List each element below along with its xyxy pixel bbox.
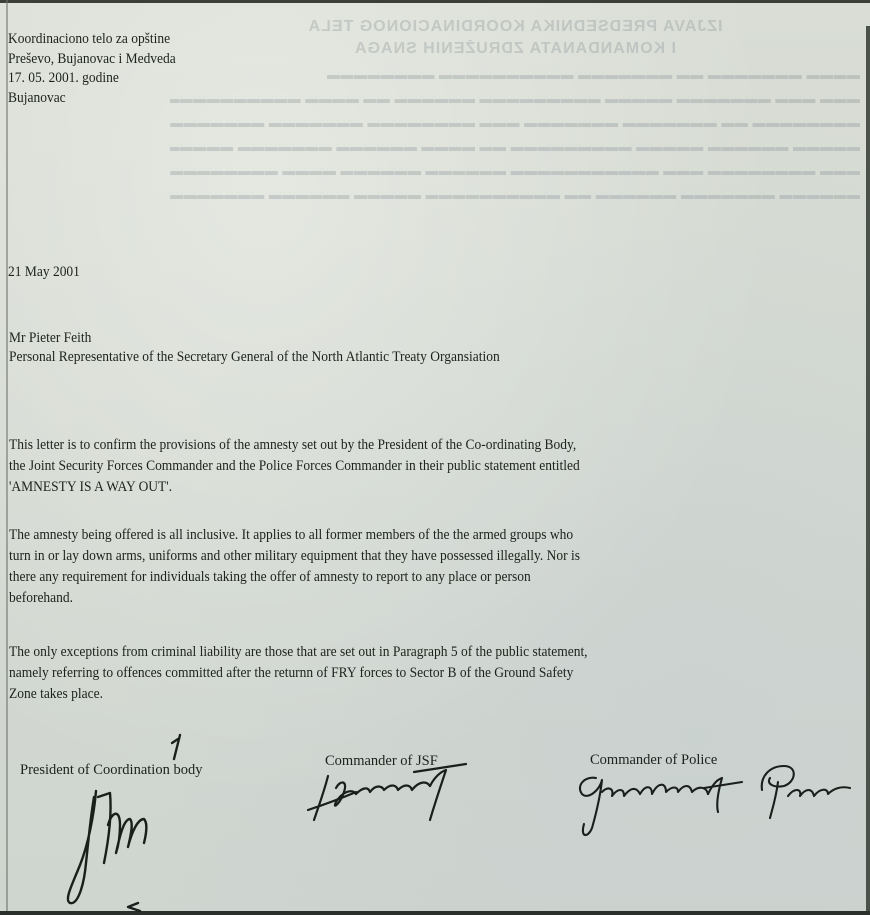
show-through-line: ▬▬▬▬▬▬ ▬▬▬▬▬▬▬ ▬▬▬▬▬▬ ▬▬ ▬▬▬▬▬▬▬▬▬▬ ▬▬▬▬… — [170, 187, 860, 202]
sender-block: Koordinaciono telo za opštine Preševo, B… — [8, 30, 176, 108]
paragraph-line: The only exceptions from criminal liabil… — [9, 642, 588, 663]
handwritten-signature-police — [566, 752, 866, 842]
sender-municipalities: Preševo, Bujanovac i Medveda — [8, 50, 176, 70]
paragraph-line: The amnesty being offered is all inclusi… — [9, 525, 580, 546]
show-through-line: ▬▬▬ ▬▬▬▬▬▬▬▬ ▬▬▬ ▬▬▬▬▬▬▬▬▬▬▬ ▬▬▬▬▬▬ ▬▬▬▬… — [170, 163, 860, 178]
scanned-letter-page: IZJAVA PREDSEDNIKA KOORDINACIONOG TELA I… — [0, 0, 870, 915]
recipient-name: Mr Pieter Feith — [9, 329, 500, 348]
scan-edge-left — [6, 0, 8, 915]
body-paragraph-2: The amnesty being offered is all inclusi… — [9, 525, 580, 609]
scan-edge-bottom — [0, 911, 870, 915]
handwritten-signature-jsf — [306, 758, 476, 838]
show-through-title-1: IZJAVA PREDSEDNIKA KOORDINACIONOG TELA — [170, 18, 860, 36]
scan-edge-right — [866, 26, 870, 915]
show-through-line: ▬▬▬▬ ▬▬▬▬▬▬▬ ▬▬ ▬▬▬▬▬▬▬ ▬▬▬▬▬▬▬▬▬▬ ▬▬▬▬▬… — [170, 67, 860, 82]
paragraph-line: the Joint Security Forces Commander and … — [9, 456, 580, 477]
letter-date: 21 May 2001 — [8, 263, 80, 282]
paragraph-line: 'AMNESTY IS A WAY OUT'. — [9, 477, 580, 498]
body-paragraph-1: This letter is to confirm the provisions… — [9, 435, 580, 498]
body-paragraph-3: The only exceptions from criminal liabil… — [9, 642, 588, 705]
paragraph-line: beforehand. — [9, 588, 580, 609]
show-through-line: ▬▬▬ ▬▬▬ ▬▬▬▬▬▬▬ ▬▬▬▬▬ ▬▬▬▬▬▬▬▬▬ ▬▬▬▬▬▬ ▬… — [170, 91, 860, 106]
show-through-text: IZJAVA PREDSEDNIKA KOORDINACIONOG TELA I… — [170, 18, 860, 202]
recipient-block: Mr Pieter Feith Personal Representative … — [9, 329, 500, 367]
paragraph-line: This letter is to confirm the provisions… — [9, 435, 580, 456]
scan-edge-top — [0, 0, 870, 3]
handwritten-signature-president — [50, 735, 180, 910]
show-through-line: ▬▬▬▬▬ ▬▬▬▬▬▬ ▬▬▬▬▬ ▬▬▬▬▬▬▬▬▬ ▬▬ ▬▬▬▬ ▬▬▬… — [170, 139, 860, 154]
paragraph-line: Zone takes place. — [9, 684, 588, 705]
show-through-line: ▬▬▬▬▬▬▬▬ ▬▬ ▬▬▬▬▬▬▬ ▬▬▬▬▬▬▬ ▬▬▬ ▬▬▬▬▬▬▬▬… — [170, 115, 860, 130]
sender-date: 17. 05. 2001. godine — [8, 69, 176, 89]
show-through-title-2: I KOMANDANATA ZDRUŽENIH SNAGA — [170, 40, 860, 58]
paragraph-line: there any requirement for individuals ta… — [9, 567, 580, 588]
sender-place: Bujanovac — [8, 89, 176, 109]
recipient-title: Personal Representative of the Secretary… — [9, 348, 500, 367]
paragraph-line: namely referring to offences committed a… — [9, 663, 588, 684]
sender-organisation: Koordinaciono telo za opštine — [8, 30, 176, 50]
paragraph-line: turn in or lay down arms, uniforms and o… — [9, 546, 580, 567]
